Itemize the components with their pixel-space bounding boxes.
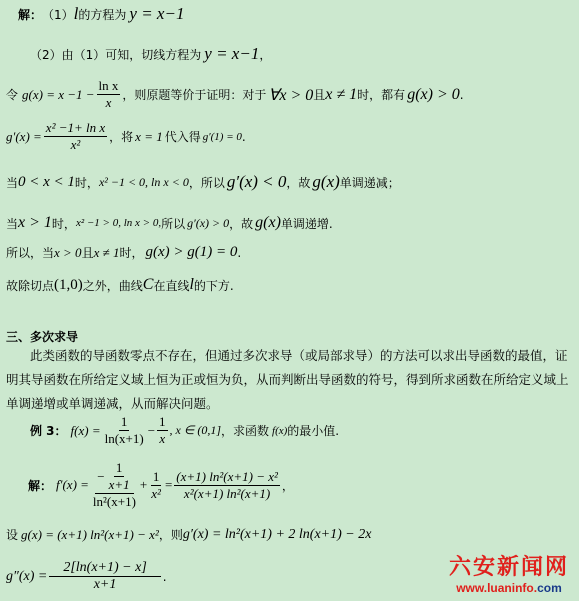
result: g(x) > g(1) = 0 (146, 244, 238, 261)
condition: x ≠ 1 (94, 245, 120, 261)
condition: x > 1 (18, 214, 52, 232)
equation: y = x−1 (129, 4, 184, 24)
domain: , x ∈ (0,1] (170, 423, 221, 438)
define-g-line-2: 设 g(x) = (x+1) ln²(x+1) − x² ，则 g′(x) = … (6, 526, 371, 543)
text: 时， (52, 215, 76, 232)
final-statement: 故除切点 (1,0) 之外，曲线 C 在直线 l 的下方. (6, 276, 234, 294)
text: 时， (119, 244, 143, 261)
text: ，则 (159, 526, 183, 543)
text: 的方程为 (78, 6, 126, 23)
function: g(x) (255, 214, 281, 232)
url-main: www.luaninfo. (456, 581, 537, 595)
text: 的下方. (194, 277, 234, 294)
fraction: 1 ln(x+1) (103, 414, 146, 447)
conclusion-line: 所以，当 x > 0 且 x ≠ 1 时， g(x) > g(1) = 0 . (6, 244, 241, 261)
fraction: ln x x (97, 78, 121, 111)
part-number: （1） (42, 6, 74, 23)
example-label: 例 3： (30, 422, 67, 439)
numerator: − 1 x+1 (95, 460, 133, 494)
text: 时，都有 (357, 86, 405, 103)
operator: − (148, 423, 155, 439)
inequality: x² −1 > 0, ln x > 0, (76, 217, 161, 229)
text: 设 (6, 526, 18, 543)
g-definition: g(x) = (x+1) ln²(x+1) − x² (21, 527, 159, 543)
condition: ∀x > 0 (268, 85, 313, 105)
operator: = (165, 477, 172, 493)
text: 故除切点 (6, 277, 54, 294)
url-tld: com (537, 581, 562, 595)
watermark-chinese: 六安新闻网 (449, 550, 569, 581)
fraction: 1 x² (149, 469, 163, 502)
equation: g′(x) = (6, 129, 42, 145)
compound-fraction: − 1 x+1 ln²(x+1) (91, 460, 138, 510)
equation: f(x) = (71, 423, 101, 439)
operator: − (97, 469, 104, 485)
text: 的最小值. (287, 422, 339, 439)
fraction: 2[ln(x+1) − x] x+1 (49, 560, 160, 593)
text: 当 (6, 215, 18, 232)
fraction: 1 x (157, 414, 168, 447)
function: f(x) (272, 425, 287, 437)
example-3: 例 3： f(x) = 1 ln(x+1) − 1 x , x ∈ (0,1] … (30, 414, 339, 447)
text: 之外，曲线 (83, 277, 143, 294)
text: ，所以 (189, 174, 225, 191)
section-paragraph: 此类函数的导函数零点不存在，但通过多次求导（或局部求导）的方法可以求出导函数的最… (6, 344, 572, 416)
solution-label: 解： (28, 477, 52, 494)
equation: g″(x) = (6, 569, 47, 585)
g-derivative-line: g′(x) = x² −1+ ln x x² ，将 x = 1 代入得 g′(1… (6, 120, 246, 153)
derivative-sign: g′(x) > 0 (187, 216, 229, 231)
define-g-line: 令 g(x) = x −1 − ln x x ，则原题等价于证明：对于 ∀x >… (6, 78, 464, 111)
text: 单调递减； (340, 174, 400, 191)
condition: 0 < x < 1 (18, 174, 75, 191)
fraction: x² −1+ ln x x² (44, 120, 107, 153)
fraction: (x+1) ln²(x+1) − x² x²(x+1) ln²(x+1) (174, 469, 280, 502)
g-derivative: g′(x) = ln²(x+1) + 2 ln(x+1) − 2x (183, 527, 372, 543)
equation: g(x) = x −1 − (22, 87, 95, 103)
text: ，求函数 (221, 422, 269, 439)
solution-3: 解： f′(x) = − 1 x+1 ln²(x+1) + 1 x² = (x+… (28, 460, 294, 510)
substitution: x = 1 (135, 129, 163, 145)
watermark-logo: 六安新闻网 www.luaninfo.com (449, 550, 569, 595)
fraction: 1 x+1 (107, 460, 132, 493)
text: ，故 (286, 174, 310, 191)
inequality: x² −1 < 0, ln x < 0 (99, 175, 189, 190)
text: ， (282, 477, 294, 494)
g-second-derivative: g″(x) = 2[ln(x+1) − x] x+1 . (6, 560, 167, 593)
operator: + (140, 477, 147, 493)
text: （2）由（1）可知，切线方程为 (30, 46, 201, 63)
text: 当 (6, 174, 18, 191)
solution-label: 解： (18, 6, 42, 23)
curve-c: C (143, 276, 154, 294)
text: ，则原题等价于证明：对于 (122, 86, 266, 103)
text: 时， (75, 174, 99, 191)
text: 在直线 (153, 277, 189, 294)
case-decreasing: 当 0 < x < 1 时， x² −1 < 0, ln x < 0 ，所以 g… (6, 172, 400, 192)
solution-part1: 解： （1） l 的方程为 y = x−1 (18, 4, 184, 24)
tangent-point: (1,0) (54, 277, 83, 294)
text: . (460, 88, 464, 102)
condition: x ≠ 1 (325, 86, 357, 104)
equation: y = x−1 (204, 44, 259, 64)
text: ，将 (109, 128, 133, 145)
function: g(x) (312, 172, 339, 192)
text: 且 (82, 244, 94, 261)
text: ，故 (229, 215, 253, 232)
conclusion: g(x) > 0 (407, 86, 460, 104)
text: . (242, 130, 246, 144)
section-heading: 三、多次求导 (6, 328, 78, 345)
solution-part2: （2）由（1）可知，切线方程为 y = x−1 ， (30, 44, 271, 64)
watermark-url: www.luaninfo.com (449, 581, 569, 595)
text: 令 (6, 86, 18, 103)
derivative-sign: g′(x) < 0 (227, 172, 287, 192)
condition: x > 0 (54, 245, 82, 261)
text: ， (259, 46, 271, 63)
text: 所以 (161, 215, 185, 232)
text: . (163, 570, 167, 584)
text: 单调递增. (281, 215, 333, 232)
result: g′(1) = 0 (203, 131, 242, 143)
text: 且 (313, 86, 325, 103)
text: 所以，当 (6, 244, 54, 261)
equation: f′(x) = (56, 477, 89, 493)
text: . (237, 246, 241, 260)
case-increasing: 当 x > 1 时， x² −1 > 0, ln x > 0, 所以 g′(x)… (6, 214, 333, 232)
text: 代入得 (165, 128, 201, 145)
